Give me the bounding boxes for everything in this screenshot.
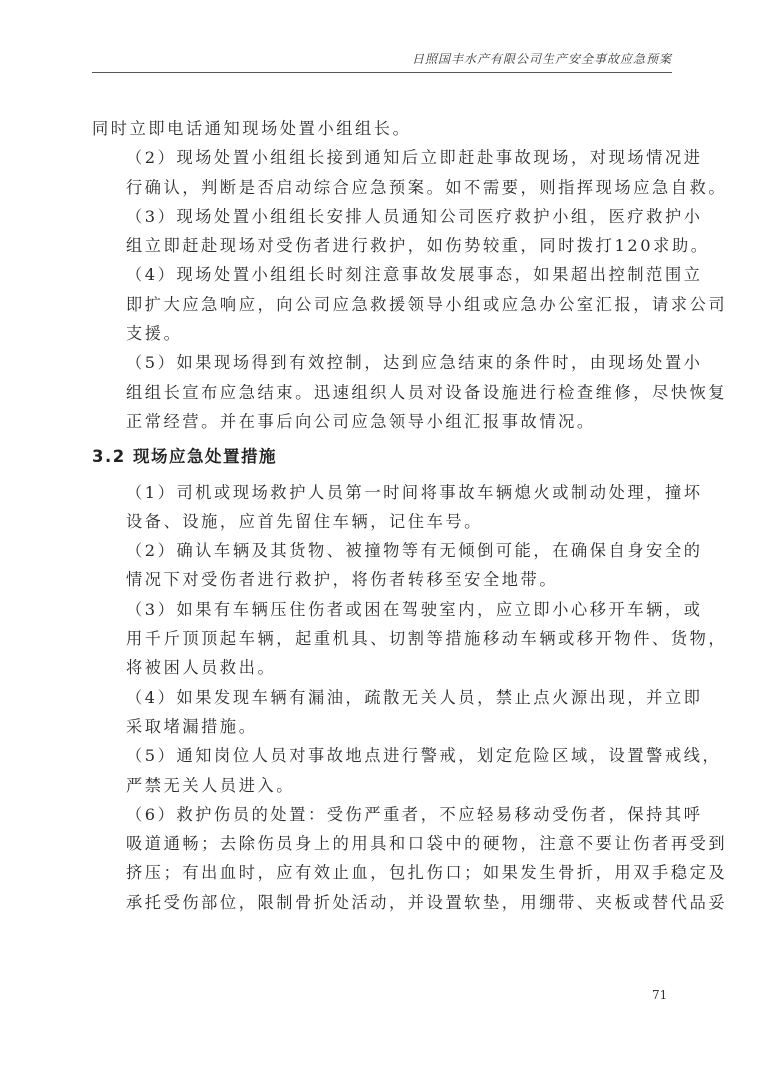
paragraph-item-2: （2）现场处置小组组长接到通知后立即赶赴事故现场，对现场情况进 行确认，判断是否…: [92, 143, 672, 202]
text-line: 挤压；有出血时，应有效止血，包扎伤口；如果发生骨折，用双手稳定及: [92, 858, 672, 887]
text-line: 组组长宣布应急结束。迅速组织人员对设备设施进行检查维修，尽快恢复: [92, 378, 672, 407]
text-line: 严禁无关人员进入。: [92, 771, 672, 800]
text-line: 承托受伤部位，限制骨折处活动，并设置软垫，用绷带、夹板或替代品妥: [92, 888, 672, 917]
text-line: 将被困人员救出。: [92, 653, 672, 682]
measure-item-4: （4）如果发现车辆有漏油，疏散无关人员，禁止点火源出现，并立即 采取堵漏措施。: [92, 683, 672, 742]
text-line: （4）如果发现车辆有漏油，疏散无关人员，禁止点火源出现，并立即: [92, 683, 672, 712]
text-line: 组立即赶赴现场对受伤者进行救护，如伤势较重，同时拨打120求助。: [92, 231, 672, 260]
text-line: 行确认，判断是否启动综合应急预案。如不需要，则指挥现场应急自救。: [92, 173, 672, 202]
measure-item-3: （3）如果有车辆压住伤者或困在驾驶室内，应立即小心移开车辆，或 用千斤顶顶起车辆…: [92, 595, 672, 683]
text-line: （3）如果有车辆压住伤者或困在驾驶室内，应立即小心移开车辆，或: [92, 595, 672, 624]
page-number: 71: [652, 988, 667, 1002]
text-line: （6）救护伤员的处置：受伤严重者，不应轻易移动受伤者，保持其呼: [92, 800, 672, 829]
text-line: 吸道通畅；去除伤员身上的用具和口袋中的硬物，注意不要让伤者再受到: [92, 829, 672, 858]
measure-item-1: （1）司机或现场救护人员第一时间将事故车辆熄火或制动处理，撞坏 设备、设施，应首…: [92, 478, 672, 537]
section-heading: 3.2 现场应急处置措施: [92, 442, 672, 471]
text-line: 设备、设施，应首先留住车辆，记住车号。: [92, 507, 672, 536]
text-line: （5）如果现场得到有效控制，达到应急结束的条件时，由现场处置小: [92, 348, 672, 377]
measure-item-6: （6）救护伤员的处置：受伤严重者，不应轻易移动受伤者，保持其呼 吸道通畅；去除伤…: [92, 800, 672, 917]
paragraph-item-3: （3）现场处置小组组长安排人员通知公司医疗救护小组，医疗救护小 组立即赶赴现场对…: [92, 202, 672, 261]
measure-item-5: （5）通知岗位人员对事故地点进行警戒，划定危险区域，设置警戒线， 严禁无关人员进…: [92, 741, 672, 800]
text-line: （3）现场处置小组组长安排人员通知公司医疗救护小组，医疗救护小: [92, 202, 672, 231]
paragraph-continuation: 同时立即电话通知现场处置小组组长。: [92, 114, 672, 143]
text-line: 用千斤顶顶起车辆，起重机具、切割等措施移动车辆或移开物件、货物，: [92, 624, 672, 653]
page-content: 同时立即电话通知现场处置小组组长。 （2）现场处置小组组长接到通知后立即赶赴事故…: [92, 114, 672, 917]
text-line: （2）现场处置小组组长接到通知后立即赶赴事故现场，对现场情况进: [92, 143, 672, 172]
text-line: （4）现场处置小组组长时刻注意事故发展事态，如果超出控制范围立: [92, 260, 672, 289]
text-line: （1）司机或现场救护人员第一时间将事故车辆熄火或制动处理，撞坏: [92, 478, 672, 507]
paragraph-item-5: （5）如果现场得到有效控制，达到应急结束的条件时，由现场处置小 组组长宣布应急结…: [92, 348, 672, 436]
page-header: 日照国丰水产有限公司生产安全事故应急预案: [92, 48, 672, 73]
text-line: 采取堵漏措施。: [92, 712, 672, 741]
header-title: 日照国丰水产有限公司生产安全事故应急预案: [412, 50, 672, 67]
text-line: 同时立即电话通知现场处置小组组长。: [92, 114, 672, 143]
text-line: （2）确认车辆及其货物、被撞物等有无倾倒可能，在确保自身安全的: [92, 536, 672, 565]
text-line: 支援。: [92, 319, 672, 348]
measure-item-2: （2）确认车辆及其货物、被撞物等有无倾倒可能，在确保自身安全的 情况下对受伤者进…: [92, 536, 672, 595]
text-line: （5）通知岗位人员对事故地点进行警戒，划定危险区域，设置警戒线，: [92, 741, 672, 770]
paragraph-item-4: （4）现场处置小组组长时刻注意事故发展事态，如果超出控制范围立 即扩大应急响应，…: [92, 260, 672, 348]
text-line: 即扩大应急响应，向公司应急救援领导小组或应急办公室汇报，请求公司: [92, 290, 672, 319]
text-line: 正常经营。并在事后向公司应急领导小组汇报事故情况。: [92, 407, 672, 436]
text-line: 情况下对受伤者进行救护，将伤者转移至安全地带。: [92, 565, 672, 594]
